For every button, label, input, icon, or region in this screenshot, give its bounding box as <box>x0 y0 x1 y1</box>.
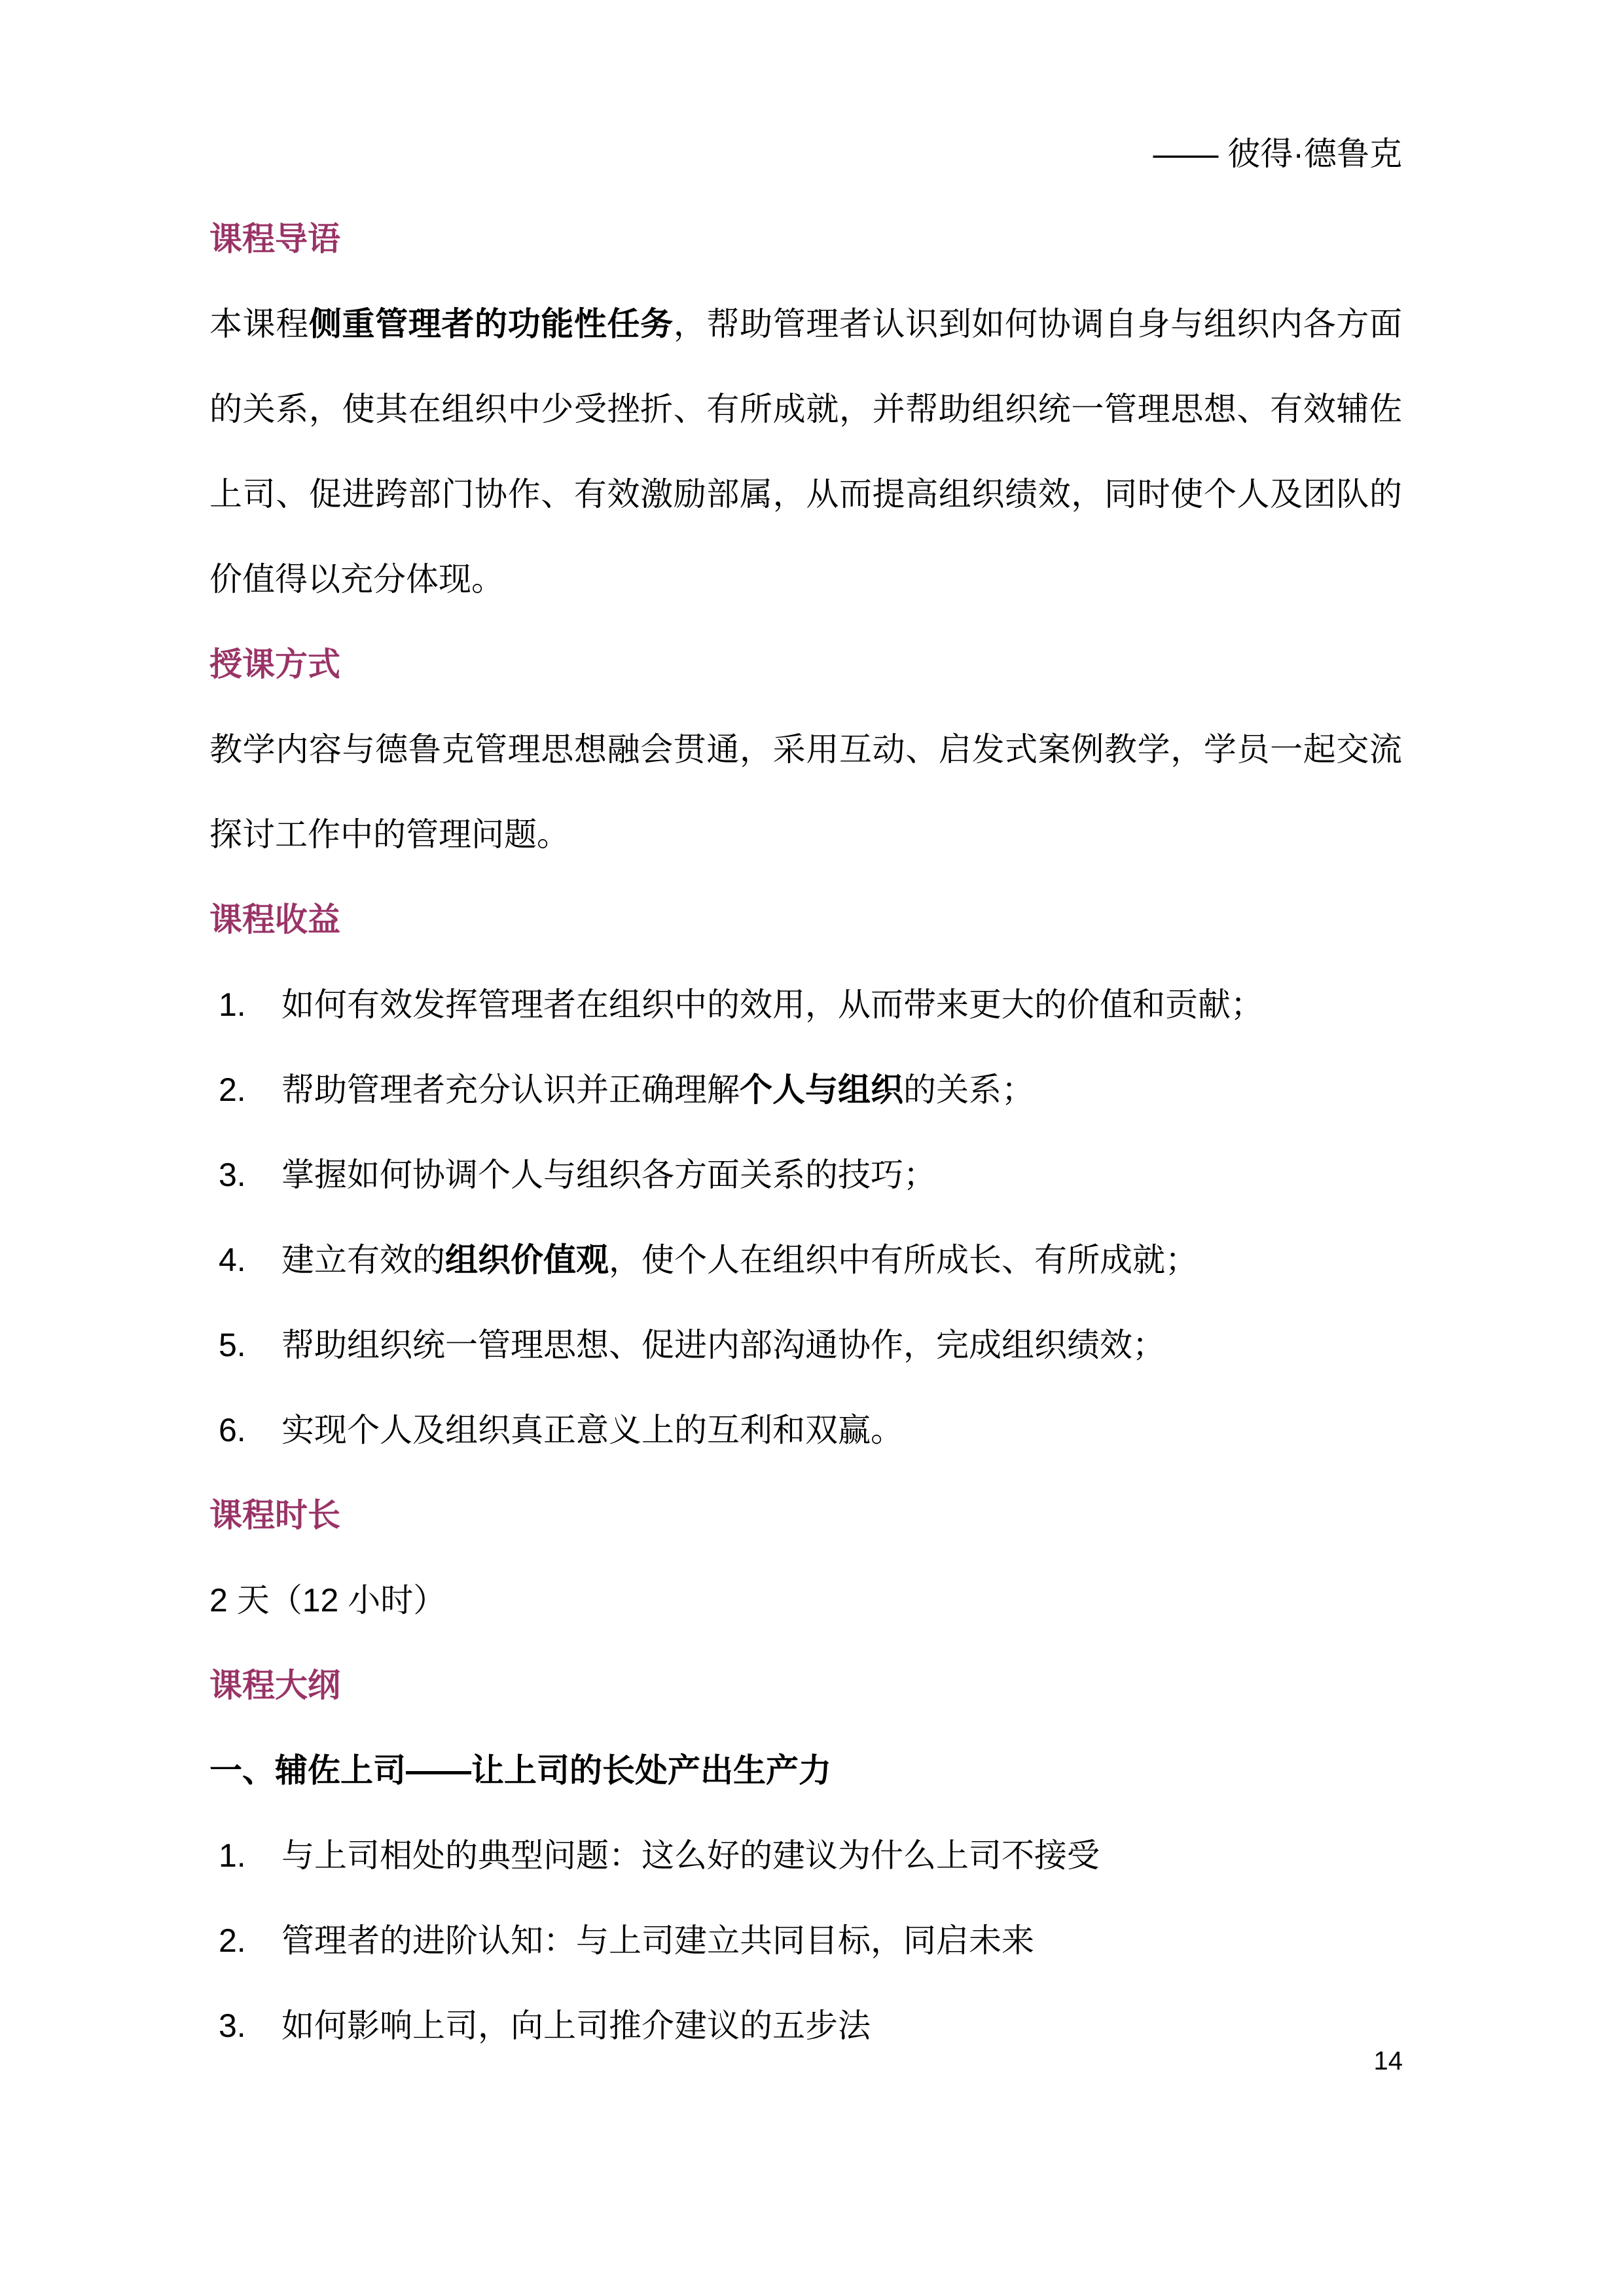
benefit-item: 4. 建立有效的组织价值观，使个人在组织中有所成长、有所成就； <box>209 1217 1402 1302</box>
benefit-text-bold: 个人与组织 <box>740 1071 903 1108</box>
quote-attribution: —— 彼得·德鲁克 <box>209 111 1402 196</box>
heading-course-benefits: 课程收益 <box>209 877 1402 962</box>
course-intro-paragraph: 本课程侧重管理者的功能性任务，帮助管理者认识到如何协调自身与组织内各方面的关系，… <box>209 281 1402 622</box>
intro-text-prefix: 本课程 <box>209 306 309 342</box>
list-number: 1. <box>219 962 281 1047</box>
benefit-item-text: 建立有效的组织价值观，使个人在组织中有所成长、有所成就； <box>281 1217 1402 1302</box>
benefit-text-prefix: 建立有效的 <box>281 1242 445 1278</box>
page-content: —— 彼得·德鲁克 课程导语 本课程侧重管理者的功能性任务，帮助管理者认识到如何… <box>209 111 1402 2068</box>
intro-text-suffix: ，帮助管理者认识到如何协调自身与组织内各方面的关系，使其在组织中少受挫折、有所成… <box>209 306 1402 598</box>
list-number: 1. <box>219 1813 281 1898</box>
outline-item: 1. 与上司相处的典型问题：这么好的建议为什么上司不接受 <box>209 1813 1402 1898</box>
benefit-text-bold: 组织价值观 <box>445 1242 609 1278</box>
benefit-item: 1. 如何有效发挥管理者在组织中的效用，从而带来更大的价值和贡献； <box>209 962 1402 1047</box>
outline-item-text: 管理者的进阶认知：与上司建立共同目标，同启未来 <box>281 1898 1402 1983</box>
heading-course-intro: 课程导语 <box>209 196 1402 281</box>
benefit-text-prefix: 掌握如何协调个人与组织各方面关系的技巧； <box>281 1157 936 1193</box>
benefit-text-suffix: ，使个人在组织中有所成长、有所成就； <box>609 1242 1198 1278</box>
list-number: 2. <box>219 1047 281 1132</box>
outline-part1-title: 一、辅佐上司——让上司的长处产出生产力 <box>209 1728 1402 1813</box>
outline-item: 3. 如何影响上司，向上司推介建议的五步法 <box>209 1983 1402 2068</box>
heading-course-duration: 课程时长 <box>209 1473 1402 1558</box>
list-number: 3. <box>219 1132 281 1217</box>
list-number: 4. <box>219 1217 281 1302</box>
list-number: 6. <box>219 1388 281 1473</box>
benefit-item: 5. 帮助组织统一管理思想、促进内部沟通协作，完成组织绩效； <box>209 1302 1402 1388</box>
outline-item-text: 与上司相处的典型问题：这么好的建议为什么上司不接受 <box>281 1813 1402 1898</box>
benefit-item: 3. 掌握如何协调个人与组织各方面关系的技巧； <box>209 1132 1402 1217</box>
benefit-text-prefix: 帮助组织统一管理思想、促进内部沟通协作，完成组织绩效； <box>281 1327 1165 1363</box>
benefit-item-text: 如何有效发挥管理者在组织中的效用，从而带来更大的价值和贡献； <box>281 962 1402 1047</box>
course-duration-text: 2 天（12 小时） <box>209 1558 1402 1643</box>
benefit-item-text: 掌握如何协调个人与组织各方面关系的技巧； <box>281 1132 1402 1217</box>
benefit-item: 2. 帮助管理者充分认识并正确理解个人与组织的关系； <box>209 1047 1402 1132</box>
list-number: 3. <box>219 1983 281 2068</box>
document-page: —— 彼得·德鲁克 课程导语 本课程侧重管理者的功能性任务，帮助管理者认识到如何… <box>0 0 1624 2296</box>
benefit-text-suffix: 的关系； <box>903 1071 1034 1108</box>
benefit-text-prefix: 如何有效发挥管理者在组织中的效用，从而带来更大的价值和贡献； <box>281 986 1263 1023</box>
list-number: 5. <box>219 1302 281 1388</box>
list-number: 2. <box>219 1898 281 1983</box>
heading-teaching-method: 授课方式 <box>209 622 1402 707</box>
outline-item-text: 如何影响上司，向上司推介建议的五步法 <box>281 1983 1402 2068</box>
benefit-text-prefix: 实现个人及组织真正意义上的互利和双赢。 <box>281 1412 903 1448</box>
teaching-method-paragraph: 教学内容与德鲁克管理思想融会贯通，采用互动、启发式案例教学，学员一起交流探讨工作… <box>209 707 1402 877</box>
benefit-item-text: 帮助管理者充分认识并正确理解个人与组织的关系； <box>281 1047 1402 1132</box>
benefit-item-text: 实现个人及组织真正意义上的互利和双赢。 <box>281 1388 1402 1473</box>
benefit-item: 6. 实现个人及组织真正意义上的互利和双赢。 <box>209 1388 1402 1473</box>
page-number: 14 <box>1374 2045 1403 2077</box>
heading-course-outline: 课程大纲 <box>209 1643 1402 1728</box>
benefit-item-text: 帮助组织统一管理思想、促进内部沟通协作，完成组织绩效； <box>281 1302 1402 1388</box>
benefit-text-prefix: 帮助管理者充分认识并正确理解 <box>281 1071 740 1108</box>
outline-item: 2. 管理者的进阶认知：与上司建立共同目标，同启未来 <box>209 1898 1402 1983</box>
intro-text-bold: 侧重管理者的功能性任务 <box>309 306 674 342</box>
